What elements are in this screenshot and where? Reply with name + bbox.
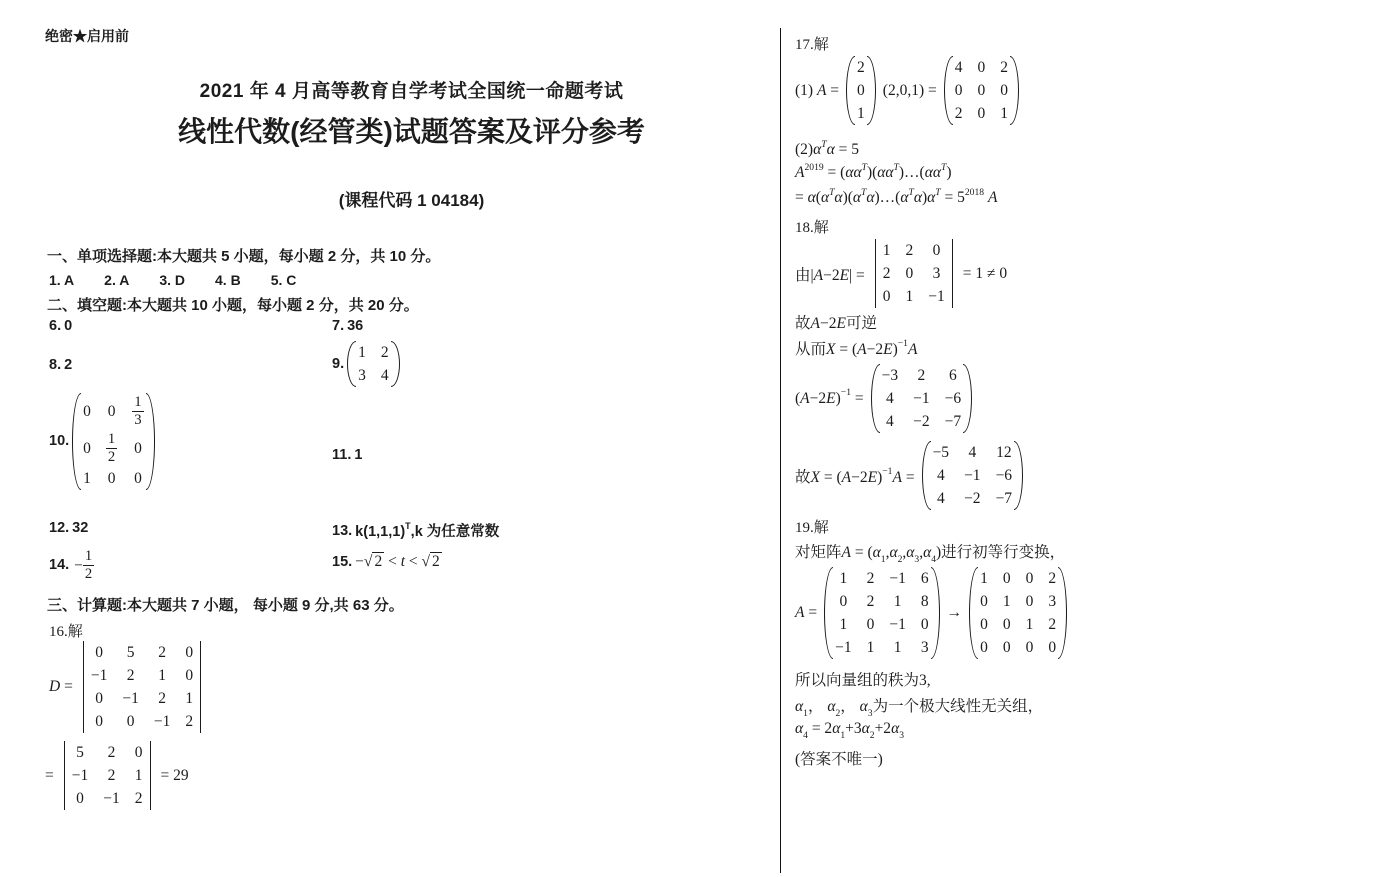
item-number: 14. (49, 557, 69, 573)
section1-header: 一、单项选择题:本大题共 5 小题，每小题 2 分，共 10 分。 (47, 245, 440, 266)
q18-line2: 故A−2E可逆 (795, 311, 877, 333)
determinant-4x4: 0520−12100−12100−12 (80, 640, 204, 734)
item-number: 11. (332, 447, 351, 463)
item-answer: 32 (72, 520, 88, 536)
math-text: D = (49, 678, 73, 696)
math-text: = (45, 767, 54, 785)
multiple-choice-answers: 1. A 2. A 3. D 4. B 5. C (49, 272, 296, 288)
q18-inverse-row: (A−2E)−1 = −3264−1−64−2−7 (795, 363, 972, 434)
q17-line3: A2019 = (ααT)(ααT)…(ααT) (795, 163, 952, 182)
math-text: (A−2E)−1 = (795, 389, 864, 408)
exam-title: 2021 年 4 月高等教育自学考试全国统一命题考试 (45, 76, 750, 103)
q19-line5: (答案不唯一) (795, 747, 883, 769)
answer-matrix: 00130120100 (72, 392, 154, 491)
q18-line3: 从而X = (A−2E)−1A (795, 337, 917, 359)
math-text: = 29 (161, 767, 189, 785)
item-answer: 1 (354, 447, 362, 463)
q18-determinant-row: 由|A−2E| = 12020301−1 = 1 ≠ 0 (795, 238, 1007, 309)
q19-line1: 对矩阵A = (α1,α2,α3,α4)进行初等行变换， (795, 540, 1065, 564)
mc-answer-1: 1. A (49, 272, 74, 288)
item-answer: −√2 < t < √2 (355, 553, 442, 571)
column-divider (780, 28, 781, 873)
fill-item-8: 8. 2 (49, 357, 72, 373)
item-answer: 36 (347, 318, 363, 334)
fill-item-7: 7. 36 (332, 318, 363, 334)
determinant-3x3: 12020301−1 (872, 238, 956, 309)
fill-item-14: 14. −12 (49, 548, 96, 583)
q19-line3: α1， α2， α3为一个极大线性无关组， (795, 694, 1043, 718)
math-text: (1) A = (795, 82, 839, 100)
exam-answer-page: { "page": { "classification": "绝密★启用前", … (0, 0, 1390, 877)
fill-item-13: 13. k(1,1,1)T,k 为任意常数 (332, 520, 499, 541)
q17-line4: = α(αTα)(αTα)…(αTα)αT = 52018 A (795, 188, 997, 207)
item-answer: k(1,1,1)T,k 为任意常数 (355, 520, 499, 541)
q19-line4: α4 = 2α1+3α2+2α3 (795, 720, 904, 740)
section3-header: 三、计算题:本大题共 7 小题， 每小题 9 分,共 63 分。 (47, 594, 404, 615)
math-text: A = (795, 604, 817, 622)
paper-title: 线性代数(经管类)试题答案及评分参考 (45, 110, 750, 150)
q19-row-reduction: A = 12−16021810−10−1113 → 10020103001200… (795, 566, 1067, 660)
q17-line2: (2)αTα = 5 (795, 140, 859, 159)
mc-answer-3: 3. D (159, 272, 185, 288)
math-text: 故X = (A−2E)−1A = (795, 465, 915, 487)
course-code: (课程代码 1 04184) (45, 186, 750, 211)
answer-fraction: −12 (72, 548, 96, 583)
reduced-matrix: 1002010300120000 (969, 566, 1067, 660)
item-number: 10. (49, 433, 69, 449)
item-number: 7. (332, 318, 344, 334)
q17-part1-row: (1) A = 201 (2,0,1) = 402000201 (795, 55, 1019, 126)
q18-solution-row: 故X = (A−2E)−1A = −54124−1−64−2−7 (795, 440, 1023, 511)
fill-item-10: 10. 00130120100 (49, 392, 155, 491)
item-answer: 2 (64, 357, 72, 373)
mc-answer-4: 4. B (215, 272, 241, 288)
solution-matrix: −54124−1−64−2−7 (922, 440, 1024, 511)
q19-heading: 19.解 (795, 516, 829, 537)
fill-item-9: 9. 1234 (332, 340, 400, 388)
fill-item-6: 6. 0 (49, 318, 72, 334)
q16-heading: 16.解 (49, 620, 83, 641)
left-column: 绝密★启用前 2021 年 4 月高等教育自学考试全国统一命题考试 线性代数(经… (45, 0, 750, 877)
determinant-3x3: 520−1210−12 (61, 740, 154, 811)
mc-answer-5: 5. C (271, 272, 297, 288)
q16-result-row: = 520−1210−12 = 29 (45, 740, 189, 811)
q18-heading: 18.解 (795, 216, 829, 237)
item-number: 13. (332, 523, 352, 539)
matrix-a: 12−16021810−10−1113 (824, 566, 940, 660)
right-column: 17.解 (1) A = 201 (2,0,1) = 402000201 (2)… (795, 0, 1375, 877)
fill-item-12: 12. 32 (49, 520, 88, 536)
answer-matrix: 1234 (347, 340, 400, 388)
arrow-right: → (947, 604, 963, 622)
q19-line2: 所以向量组的秩为3, (795, 668, 931, 690)
math-text: 由|A−2E| = (795, 263, 865, 285)
q16-determinant-row: D = 0520−12100−12100−12 (49, 640, 204, 734)
fill-item-15: 15. −√2 < t < √2 (332, 553, 442, 571)
mc-answer-2: 2. A (104, 272, 129, 288)
classification-label: 绝密★启用前 (45, 26, 129, 46)
math-text: (2,0,1) = (883, 82, 937, 100)
item-number: 6. (49, 318, 61, 334)
inverse-matrix: −3264−1−64−2−7 (871, 363, 973, 434)
item-number: 9. (332, 356, 344, 372)
item-answer: 0 (64, 318, 72, 334)
column-vector: 201 (846, 55, 876, 126)
q17-heading: 17.解 (795, 33, 829, 54)
item-number: 15. (332, 554, 352, 570)
math-text: = 1 ≠ 0 (963, 265, 1007, 283)
item-number: 12. (49, 520, 69, 536)
product-matrix: 402000201 (944, 55, 1019, 126)
section2-header: 二、填空题:本大题共 10 小题，每小题 2 分，共 20 分。 (47, 294, 419, 315)
fill-item-11: 11. 1 (332, 447, 362, 463)
item-number: 8. (49, 357, 61, 373)
